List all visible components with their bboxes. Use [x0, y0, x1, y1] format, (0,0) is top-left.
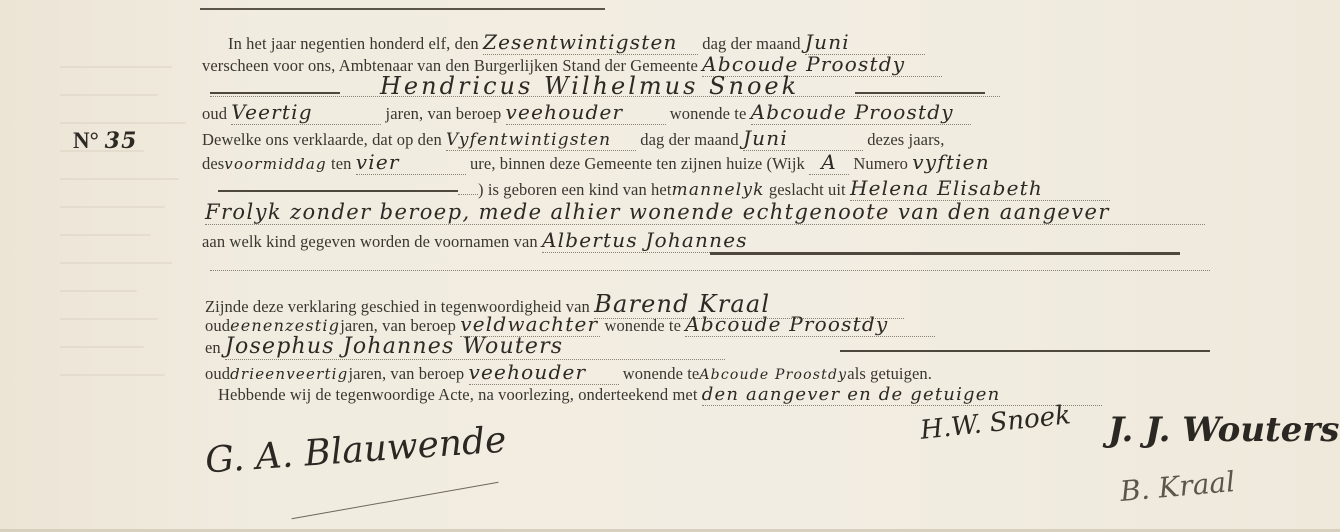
line-13: ouddrieenveertigjaren, van beroep veehou… [205, 360, 932, 385]
printed-text: oud [205, 316, 230, 335]
house-number-field: vyftien [912, 150, 990, 174]
occupation-field: veehouder [506, 100, 666, 125]
line-9: aan welk kind gegeven worden de voorname… [202, 228, 832, 253]
line-5: Dewelke ons verklaarde, dat op den Vyfen… [202, 126, 944, 151]
witness2-name-field: Josephus Johannes Wouters [225, 334, 725, 360]
printed-text: Dewelke ons verklaarde, dat op den [202, 130, 442, 149]
printed-text: jaren, van beroep [386, 104, 502, 123]
fill-rule [855, 92, 985, 94]
register-page: N° 35 In het jaar negentien honderd elf,… [0, 0, 1340, 532]
line-14: Hebbende wij de tegenwoordige Acte, na v… [218, 384, 1102, 406]
fill-rule [218, 190, 458, 192]
witness2-age-field: drieenveertig [230, 365, 348, 383]
printed-text: dag der maand [702, 34, 800, 53]
witness-kraal-signature: B. Kraal [1119, 465, 1236, 508]
age-field: Veertig [231, 100, 381, 125]
mother-name-field: Helena Elisabeth [850, 176, 1110, 201]
printed-text: als getuigen. [847, 364, 932, 383]
witness2-residence-field: Abcoude Proostdy [699, 367, 847, 383]
line-6: desvoormiddag ten vier ure, binnen deze … [202, 150, 990, 175]
record-number: N° 35 [73, 128, 138, 154]
line-7: ) is geboren een kind van hetmannelyk ge… [458, 176, 1110, 201]
printed-text: jaren, van beroep [340, 316, 456, 335]
witness1-age-field: eenenzestig [230, 316, 340, 335]
sex-field: mannelyk [672, 180, 765, 200]
printed-text: dezes jaars, [867, 130, 944, 149]
printed-text: wonende te [623, 364, 700, 383]
birth-day-field: Vyfentwintigsten [446, 130, 636, 151]
fill-rule [710, 252, 1180, 255]
bleed-through-text [60, 40, 200, 460]
child-names-field: Albertus Johannes [542, 228, 832, 253]
record-number-value: 35 [105, 128, 138, 154]
line-12: en Josephus Johannes Wouters [205, 334, 725, 360]
printed-text: en [205, 338, 221, 357]
birth-month-field: Juni [743, 126, 863, 151]
printed-text: dag der maand [640, 130, 738, 149]
fill-rule [210, 92, 340, 94]
printed-text: wonende te [670, 104, 747, 123]
dotted-rule [210, 270, 1210, 271]
printed-text: ten [331, 154, 351, 173]
fill-rule [840, 350, 1210, 352]
wijk-field: A [809, 150, 849, 175]
hour-field: vier [356, 150, 466, 175]
witness-wouters-signature: J. J. Wouters [1108, 410, 1339, 450]
witness2-occupation-field: veehouder [469, 360, 619, 385]
printed-text: jaren, van beroep [348, 364, 464, 383]
official-signature: G. A. Blauwende [204, 420, 508, 482]
printed-text: Numero [853, 154, 908, 173]
declarant-signature: H.W. Snoek [919, 400, 1072, 446]
printed-text: ) is geboren een kind van het [478, 180, 672, 199]
line-4: oud Veertig jaren, van beroep veehouder … [202, 100, 971, 125]
printed-text: des [202, 154, 224, 173]
printed-text: In het jaar negentien honderd elf, den [228, 34, 479, 53]
top-rule [200, 8, 605, 10]
printed-text: Hebbende wij de tegenwoordige Acte, na v… [218, 385, 698, 404]
printed-text: oud [202, 104, 227, 123]
dotted-rule [210, 96, 1000, 97]
record-number-label: N° [73, 128, 99, 153]
printed-text: geslacht uit [769, 180, 846, 199]
time-of-day-field: voormiddag [224, 155, 326, 173]
residence-field: Abcoude Proostdy [751, 100, 971, 125]
printed-text: aan welk kind gegeven worden de voorname… [202, 232, 538, 251]
printed-text: oud [205, 364, 230, 383]
line-8: Frolyk zonder beroep, mede alhier wonend… [205, 200, 1205, 225]
signature-flourish [292, 482, 499, 519]
printed-text: ure, binnen deze Gemeente ten zijnen hui… [470, 154, 805, 173]
printed-text: wonende te [604, 316, 681, 335]
mother-details-field: Frolyk zonder beroep, mede alhier wonend… [205, 200, 1205, 225]
